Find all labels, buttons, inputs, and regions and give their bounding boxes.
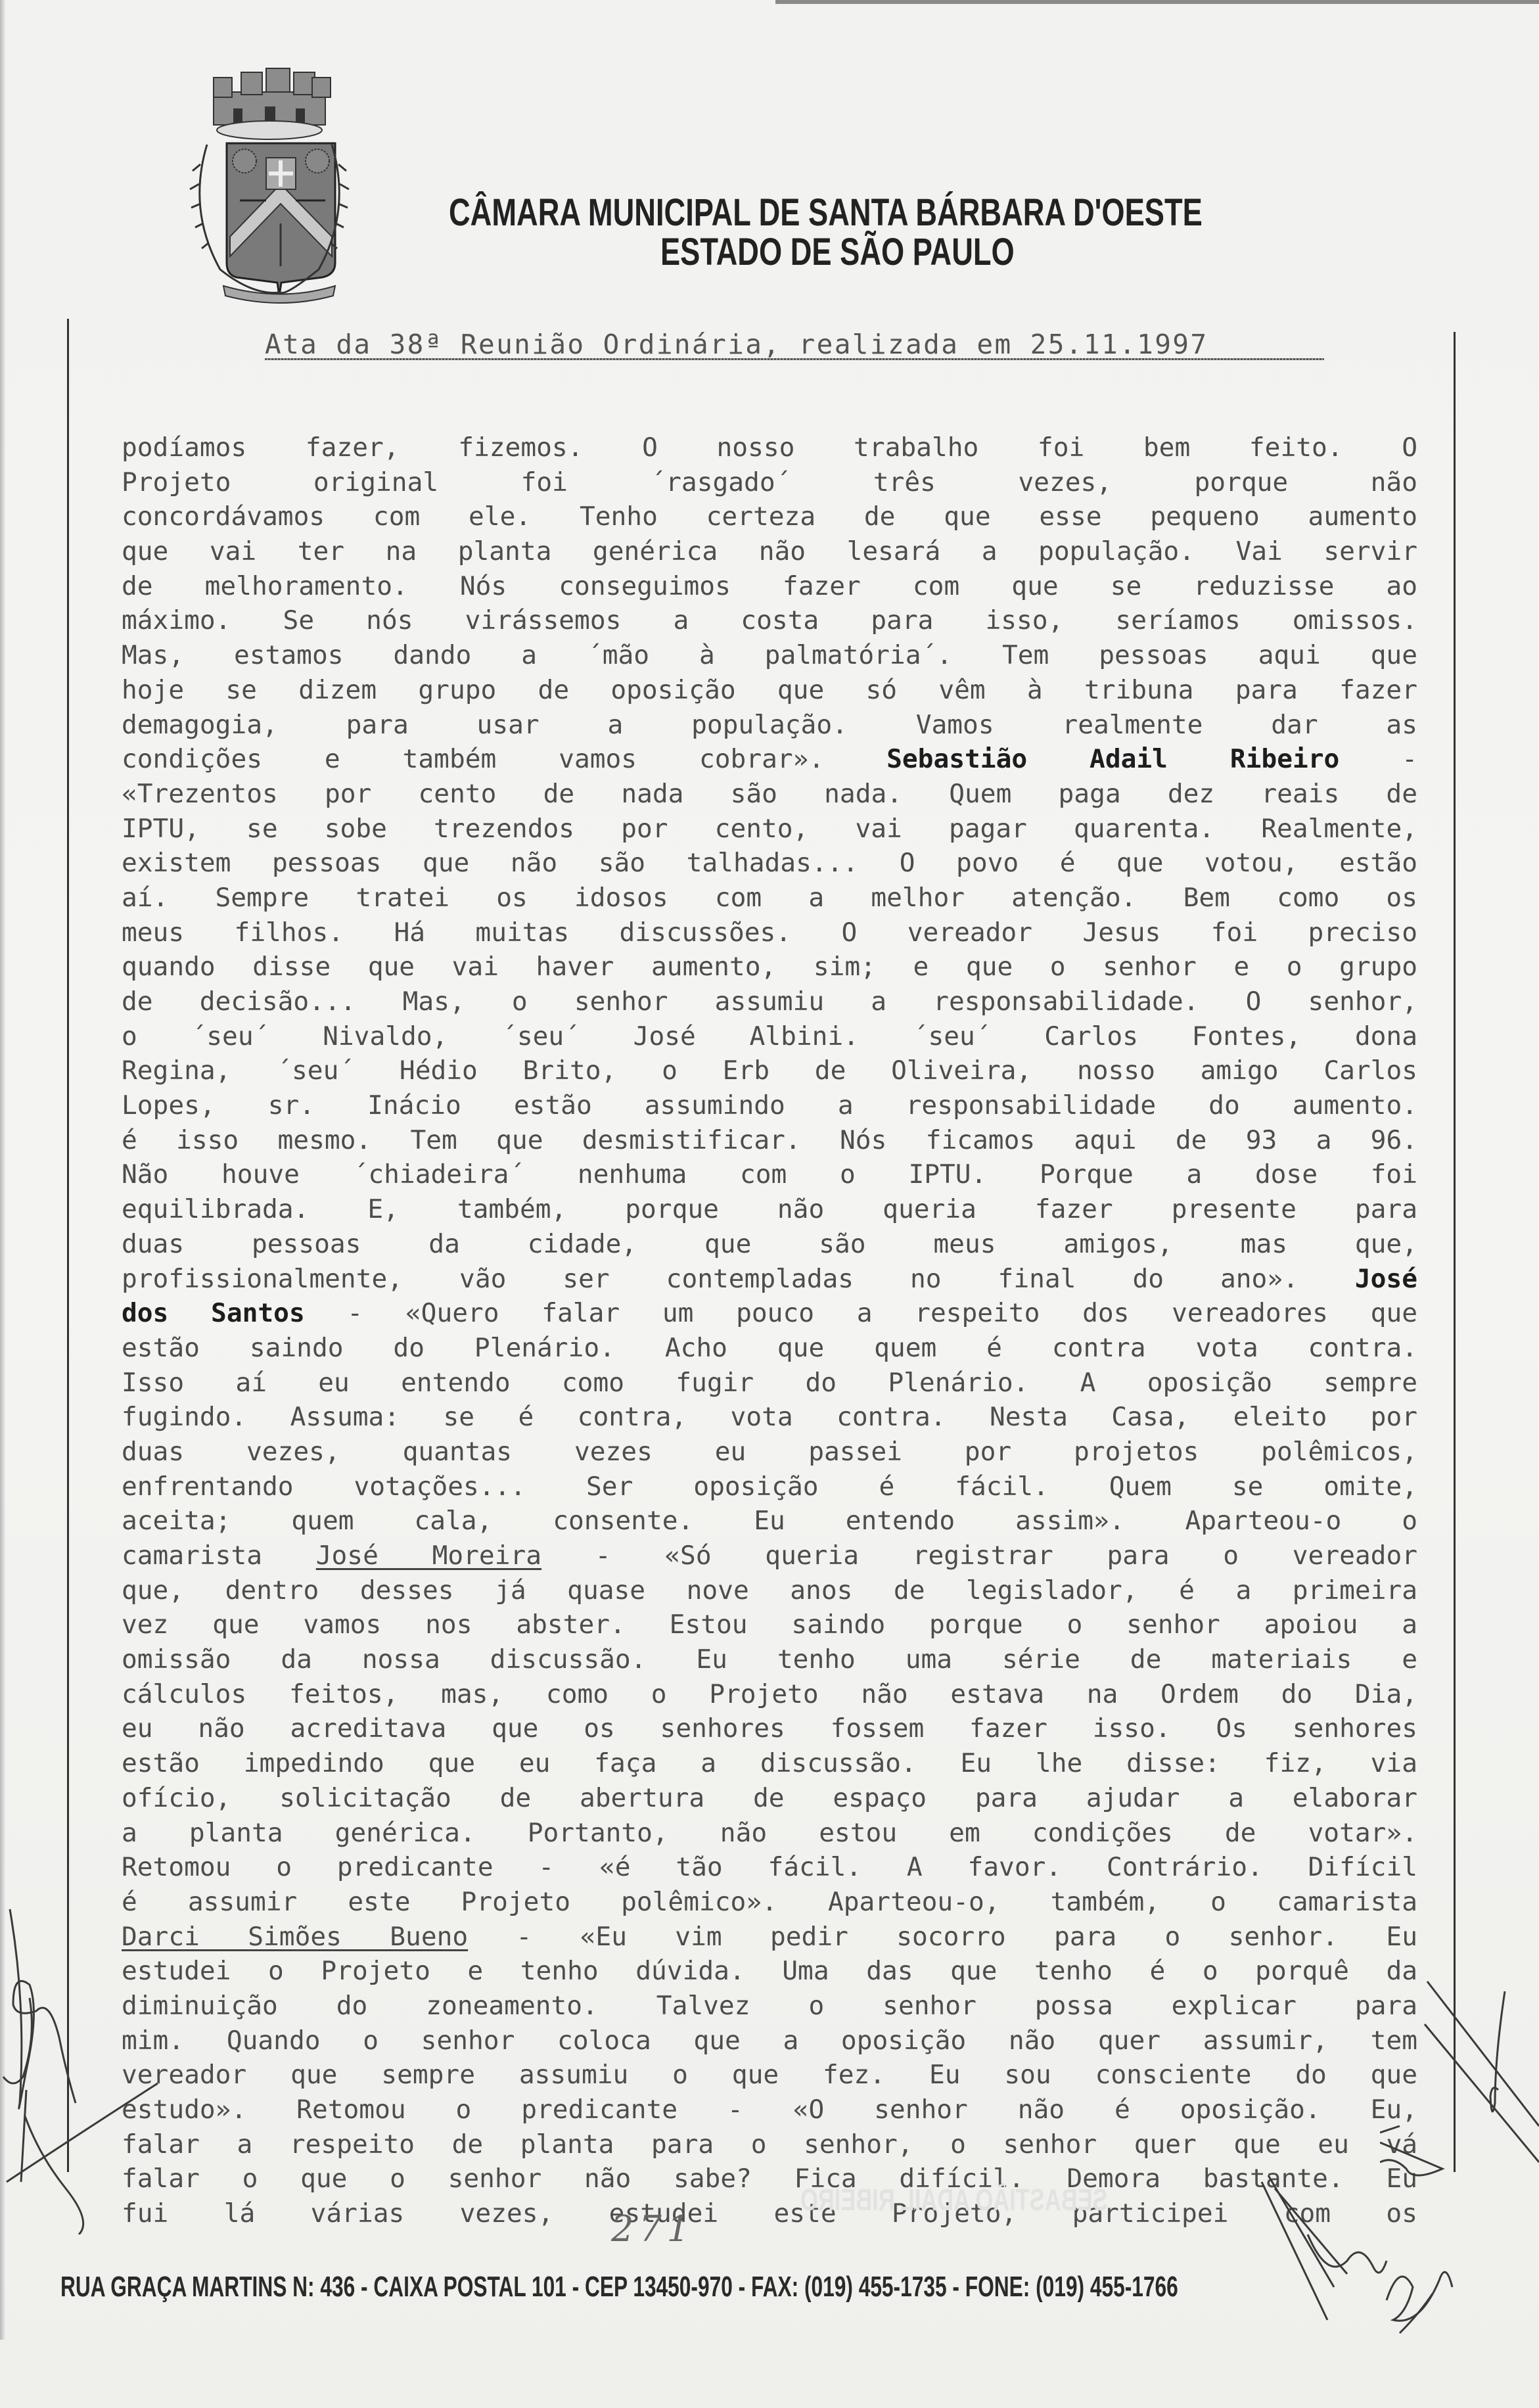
text-segment: de melhoramento. Nós conseguimos fazer c… — [122, 571, 1417, 601]
text-line: vereador que sempre assumiu o que fez. E… — [122, 2058, 1417, 2093]
text-segment: estão saindo do Plenário. Acho que quem … — [122, 1333, 1417, 1363]
text-segment: aceita; quem cala, consente. Eu entendo … — [122, 1506, 1417, 1536]
text-line: Lopes, sr. Inácio estão assumindo a resp… — [122, 1088, 1417, 1123]
text-segment: IPTU, se sobe trezendos por cento, vai p… — [122, 814, 1417, 844]
text-segment: meus filhos. Há muitas discussões. O ver… — [122, 917, 1417, 948]
text-segment: - «Eu vim pedir socorro para o senhor. E… — [468, 1922, 1417, 1952]
text-line: estudo». Retomou o predicante - «O senho… — [122, 2093, 1417, 2127]
text-segment: fui lá várias vezes, estudei este Projet… — [122, 2198, 1417, 2229]
text-segment: mim. Quando o senhor coloca que a oposiç… — [122, 2026, 1417, 2056]
text-line: hoje se dizem grupo de oposição que só v… — [122, 673, 1417, 708]
text-line: que, dentro desses já quase nove anos de… — [122, 1573, 1417, 1608]
text-line: equilibrada. E, também, porque não queri… — [122, 1192, 1417, 1227]
text-line: é isso mesmo. Tem que desmistificar. Nós… — [122, 1123, 1417, 1158]
scan-edge-shadow — [775, 0, 1539, 4]
text-line: estão impedindo que eu faça a discussão.… — [122, 1746, 1417, 1781]
text-line: a planta genérica. Portanto, não estou e… — [122, 1816, 1417, 1851]
text-line: cálculos feitos, mas, como o Projeto não… — [122, 1677, 1417, 1712]
text-segment: Isso aí eu entendo como fugir do Plenári… — [122, 1368, 1417, 1398]
text-line: duas pessoas da cidade, que são meus ami… — [122, 1227, 1417, 1262]
text-line: Retomou o predicante - «é tão fácil. A f… — [122, 1850, 1417, 1885]
footer-address: RUA GRAÇA MARTINS N: 436 - CAIXA POSTAL … — [60, 2271, 1178, 2304]
text-segment: - «Só queria registrar para o vereador — [541, 1540, 1417, 1571]
text-segment: estudei o Projeto e tenho dúvida. Uma da… — [122, 1956, 1417, 1986]
text-segment: hoje se dizem grupo de oposição que só v… — [122, 675, 1417, 705]
text-segment: enfrentando votações... Ser oposição é f… — [122, 1471, 1417, 1502]
text-line: de decisão... Mas, o senhor assumiu a re… — [122, 984, 1417, 1019]
text-segment: - — [1339, 744, 1417, 774]
text-line: concordávamos com ele. Tenho certeza de … — [122, 499, 1417, 534]
minutes-title: Ata da 38ª Reunião Ordinária, realizada … — [265, 329, 1208, 360]
text-line: podíamos fazer, fizemos. O nosso trabalh… — [122, 430, 1417, 465]
text-line: Isso aí eu entendo como fugir do Plenári… — [122, 1366, 1417, 1401]
text-line: fui lá várias vezes, estudei este Projet… — [122, 2196, 1417, 2231]
speaker-name: dos Santos — [122, 1298, 305, 1328]
text-line: IPTU, se sobe trezendos por cento, vai p… — [122, 812, 1417, 846]
text-segment: Lopes, sr. Inácio estão assumindo a resp… — [122, 1090, 1417, 1121]
text-segment: vereador que sempre assumiu o que fez. E… — [122, 2060, 1417, 2090]
text-segment: aí. Sempre tratei os idosos com a melhor… — [122, 883, 1417, 913]
bleed-through-stamp: SEBASTIÃO ADAIL RIBEIRO — [800, 2182, 1108, 2217]
left-margin-rule — [67, 319, 69, 2172]
text-line: é assumir este Projeto polêmico». Aparte… — [122, 1885, 1417, 1920]
text-segment: o ´seu´ Nivaldo, ´seu´ José Albini. ´seu… — [122, 1021, 1417, 1052]
text-line: eu não acreditava que os senhores fossem… — [122, 1711, 1417, 1746]
text-line: falar a respeito de planta para o senhor… — [122, 2127, 1417, 2162]
text-segment: camarista — [122, 1540, 316, 1571]
text-line: quando disse que vai haver aumento, sim;… — [122, 950, 1417, 984]
text-segment: falar o que o senhor não sabe? Fica difí… — [122, 2164, 1417, 2194]
text-segment: quando disse que vai haver aumento, sim;… — [122, 952, 1417, 982]
text-line: Projeto original foi ´rasgado´ três veze… — [122, 465, 1417, 500]
text-line: dos Santos - «Quero falar um pouco a res… — [122, 1296, 1417, 1331]
text-line: mim. Quando o senhor coloca que a oposiç… — [122, 2024, 1417, 2058]
text-line: falar o que o senhor não sabe? Fica difí… — [122, 2162, 1417, 2196]
text-segment: condições e também vamos cobrar». — [122, 744, 886, 774]
text-line: que vai ter na planta genérica não lesar… — [122, 534, 1417, 569]
underlined-name: José Moreira — [316, 1540, 541, 1571]
text-segment: que, dentro desses já quase nove anos de… — [122, 1575, 1417, 1606]
text-segment: de decisão... Mas, o senhor assumiu a re… — [122, 986, 1417, 1017]
text-line: aí. Sempre tratei os idosos com a melhor… — [122, 881, 1417, 915]
text-line: vez que vamos nos abster. Estou saindo p… — [122, 1608, 1417, 1642]
handwritten-page-number: 271 — [611, 2208, 695, 2250]
text-segment: concordávamos com ele. Tenho certeza de … — [122, 501, 1417, 532]
text-segment: demagogia, para usar a população. Vamos … — [122, 710, 1417, 740]
speaker-name: Sebastião Adail Ribeiro — [886, 744, 1339, 774]
text-segment: ofício, solicitação de abertura de espaç… — [122, 1783, 1417, 1813]
text-line: meus filhos. Há muitas discussões. O ver… — [122, 915, 1417, 950]
text-line: fugindo. Assuma: se é contra, vota contr… — [122, 1400, 1417, 1435]
institution-name: CÂMARA MUNICIPAL DE SANTA BÁRBARA D'OEST… — [449, 191, 1203, 235]
text-segment: falar a respeito de planta para o senhor… — [122, 2129, 1417, 2160]
underlined-name: Darci Simões Bueno — [122, 1922, 468, 1952]
text-line: condições e também vamos cobrar». Sebast… — [122, 742, 1417, 777]
text-segment: omissão da nossa discussão. Eu tenho uma… — [122, 1644, 1417, 1675]
text-segment: cálculos feitos, mas, como o Projeto não… — [122, 1679, 1417, 1709]
text-segment: Projeto original foi ´rasgado´ três veze… — [122, 467, 1417, 498]
text-segment: é isso mesmo. Tem que desmistificar. Nós… — [122, 1125, 1417, 1155]
text-line: ofício, solicitação de abertura de espaç… — [122, 1781, 1417, 1816]
text-segment: que vai ter na planta genérica não lesar… — [122, 536, 1417, 567]
text-line: Regina, ´seu´ Hédio Brito, o Erb de Oliv… — [122, 1053, 1417, 1088]
text-segment: «Trezentos por cento de nada são nada. Q… — [122, 779, 1417, 809]
text-segment: equilibrada. E, também, porque não queri… — [122, 1194, 1417, 1224]
text-line: enfrentando votações... Ser oposição é f… — [122, 1470, 1417, 1504]
text-segment: fugindo. Assuma: se é contra, vota contr… — [122, 1402, 1417, 1432]
document-page: CÂMARA MUNICIPAL DE SANTA BÁRBARA D'OEST… — [0, 0, 1539, 2408]
text-line: estudei o Projeto e tenho dúvida. Uma da… — [122, 1954, 1417, 1989]
text-segment: - «Quero falar um pouco a respeito dos v… — [305, 1298, 1417, 1328]
text-segment: máximo. Se nós virássemos a costa para i… — [122, 605, 1417, 636]
text-segment: duas pessoas da cidade, que são meus ami… — [122, 1229, 1417, 1259]
text-line: Não houve ´chiadeira´ nenhuma com o IPTU… — [122, 1157, 1417, 1192]
text-line: profissionalmente, vão ser contempladas … — [122, 1262, 1417, 1297]
minutes-body: podíamos fazer, fizemos. O nosso trabalh… — [122, 430, 1417, 2231]
text-line: o ´seu´ Nivaldo, ´seu´ José Albini. ´seu… — [122, 1019, 1417, 1054]
text-line: diminuição do zoneamento. Talvez o senho… — [122, 1989, 1417, 2024]
text-line: aceita; quem cala, consente. Eu entendo … — [122, 1504, 1417, 1539]
text-line: Darci Simões Bueno - «Eu vim pedir socor… — [122, 1920, 1417, 1955]
text-segment: duas vezes, quantas vezes eu passei por … — [122, 1437, 1417, 1467]
text-line: Mas, estamos dando a ´mão à palmatória´.… — [122, 638, 1417, 673]
text-segment: Não houve ´chiadeira´ nenhuma com o IPTU… — [122, 1159, 1417, 1190]
text-line: duas vezes, quantas vezes eu passei por … — [122, 1435, 1417, 1470]
text-line: «Trezentos por cento de nada são nada. Q… — [122, 777, 1417, 812]
coat-of-arms-icon — [161, 66, 378, 309]
text-segment: Retomou o predicante - «é tão fácil. A f… — [122, 1852, 1417, 1882]
text-segment: eu não acreditava que os senhores fossem… — [122, 1713, 1417, 1744]
text-segment: Regina, ´seu´ Hédio Brito, o Erb de Oliv… — [122, 1055, 1417, 1086]
text-line: estão saindo do Plenário. Acho que quem … — [122, 1331, 1417, 1366]
text-segment: profissionalmente, vão ser contempladas … — [122, 1264, 1355, 1294]
text-segment: existem pessoas que não são talhadas... … — [122, 848, 1417, 878]
text-line: máximo. Se nós virássemos a costa para i… — [122, 603, 1417, 638]
state-name: ESTADO DE SÃO PAULO — [660, 230, 1015, 274]
right-margin-rule — [1454, 332, 1456, 2172]
text-segment: estudo». Retomou o predicante - «O senho… — [122, 2095, 1417, 2125]
text-segment: vez que vamos nos abster. Estou saindo p… — [122, 1609, 1417, 1640]
text-line: camarista José Moreira - «Só queria regi… — [122, 1539, 1417, 1573]
text-segment: a planta genérica. Portanto, não estou e… — [122, 1818, 1417, 1848]
scan-left-edge — [0, 0, 5, 2340]
text-line: demagogia, para usar a população. Vamos … — [122, 708, 1417, 743]
speaker-name: José — [1355, 1264, 1417, 1294]
text-line: omissão da nossa discussão. Eu tenho uma… — [122, 1642, 1417, 1677]
text-segment: é assumir este Projeto polêmico». Aparte… — [122, 1887, 1417, 1917]
text-segment: Mas, estamos dando a ´mão à palmatória´.… — [122, 640, 1417, 670]
text-line: existem pessoas que não são talhadas... … — [122, 846, 1417, 881]
text-line: de melhoramento. Nós conseguimos fazer c… — [122, 569, 1417, 604]
text-segment: podíamos fazer, fizemos. O nosso trabalh… — [122, 432, 1417, 463]
text-segment: estão impedindo que eu faça a discussão.… — [122, 1748, 1417, 1778]
title-underline — [265, 358, 1324, 360]
text-segment: diminuição do zoneamento. Talvez o senho… — [122, 1991, 1417, 2021]
